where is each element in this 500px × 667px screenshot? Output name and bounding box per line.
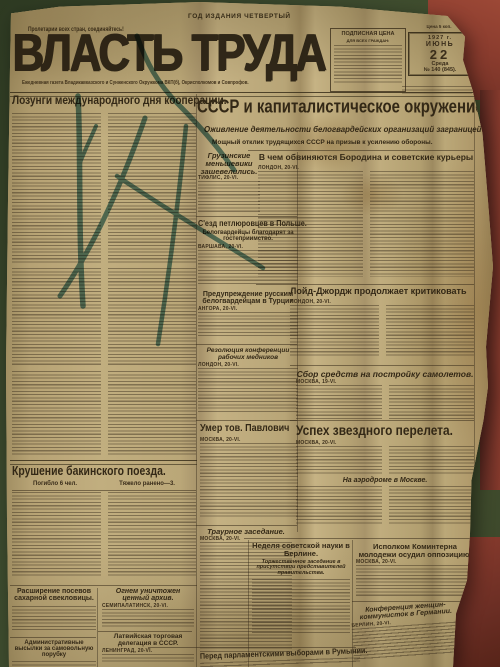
article-star-flight: Успех звездного перелета. МОСКВА, 20-VI.… [296, 424, 474, 524]
section-rule [98, 631, 192, 632]
body-text-texture [389, 385, 475, 419]
article-ussr-deck: Оживление деятельности белогвардейских о… [204, 126, 481, 134]
article-women-communists: Конференция женщин-коммунисток в Германи… [350, 600, 463, 660]
section-rule [290, 420, 474, 421]
deck: Торжественное заседание в присутствии пр… [252, 560, 350, 577]
headline: Огнем уничтожен ценный архив. [102, 588, 194, 603]
masthead-edition-line: ГОД ИЗДАНИЯ ЧЕТВЕРТЫЙ [188, 13, 291, 20]
section-rule [196, 420, 297, 421]
subscription-box-title: ПОДПИСНАЯ ЦЕНА [334, 31, 402, 37]
body-text-texture [296, 446, 382, 474]
body-text-texture [12, 492, 101, 576]
headline: Успех звездного перелета. [296, 424, 453, 438]
body-text-texture [12, 268, 101, 366]
article-coppersmiths-resolution: Резолюция конференции рабочих медников Л… [198, 348, 298, 414]
body-text-texture [389, 486, 475, 524]
section-rule [10, 585, 197, 586]
body-text-texture [386, 305, 475, 357]
issue-number: № 140 (845). [409, 67, 471, 73]
headline: Сбор средств на постройку самолетов. [296, 370, 474, 379]
headline: Расширение посевов сахарной свекловицы. [12, 588, 96, 603]
article-ussr-headline: СССР и капиталистическое окружение. [197, 97, 488, 116]
article-baku-train-wreck: Крушение бакинского поезда. Погибло 6 че… [12, 464, 196, 576]
article-latvian-delegation: Латвийская торговая делегация в СССР. ЛЕ… [102, 634, 194, 662]
body-text-texture [290, 305, 379, 357]
deck: Погибло 6 чел. [33, 481, 77, 487]
headline: Предупреждение русским белогвардейцам в … [198, 291, 298, 306]
column-rule [97, 588, 98, 667]
headline: Лозунги международного дня кооперации. [12, 96, 174, 108]
deck: Белогвардейцы благодарят за гостеприимст… [198, 230, 298, 242]
article-georgian-mensheviks: Грузинские меньшевики зашевелились. ТИФЛ… [198, 152, 260, 213]
body-text-texture [12, 113, 101, 263]
body-text-texture [296, 385, 382, 419]
body-text-texture [12, 661, 96, 667]
price-note: Цена 5 коп. [408, 24, 470, 29]
article-petliura-congress: С'езд петлюровцев в Польше. Белогвардейц… [198, 219, 298, 286]
body-text-texture [296, 486, 382, 524]
body-text-texture [102, 609, 194, 627]
body-text-texture [12, 606, 96, 632]
headline: Неделя советской науки в Берлине. [252, 542, 350, 558]
body-text-texture [198, 368, 298, 414]
article-pavlovich-died: Умер тов. Павлович МОСКВА, 20-VI. [200, 424, 298, 517]
body-text-texture [252, 579, 350, 635]
headline: Административные высылки за самовольную … [12, 640, 96, 659]
body-text-texture [102, 654, 194, 662]
body-text-texture [356, 565, 474, 597]
headline: Резолюция конференции рабочих медников [198, 348, 298, 362]
newspaper-title: ВЛАСТЬ ТРУДА [12, 22, 324, 82]
headline: Латвийская торговая делегация в СССР. [102, 634, 194, 648]
body-text-texture [370, 171, 475, 277]
article-airplane-fund: Сбор средств на постройку самолетов. МОС… [296, 370, 474, 419]
article-coop-slogans: Лозунги международного дня кооперации. [12, 96, 196, 457]
body-text-texture [108, 113, 197, 263]
headline: Исполком Коминтерна молодежи осудил оппо… [356, 543, 474, 559]
body-text-texture [108, 371, 197, 457]
article-archive-fire: Огнем уничтожен ценный архив. СЕМИПАЛАТИ… [102, 588, 194, 627]
deck: Тяжело ранено—3. [119, 481, 175, 487]
date-day: 22 [409, 48, 471, 61]
headline: С'езд петлюровцев в Польше. [198, 219, 283, 228]
body-text-texture [12, 371, 101, 457]
article-sugar-beet-sowing: Расширение посевов сахарной свекловицы. [12, 588, 96, 632]
subhead: На аэродроме в Москве. [296, 477, 474, 484]
article-administrative-exile: Административные высылки за самовольную … [12, 640, 96, 667]
article-ussr-deck2: Мощный отклик трудящихся СССР на призыв … [212, 140, 433, 147]
headline: Траурное заседание. [200, 528, 292, 536]
article-soviet-science-week: Неделя советской науки в Берлине. Торжес… [252, 542, 350, 635]
headline: Умер тов. Павлович [200, 424, 288, 434]
subscription-price-box: ПОДПИСНАЯ ЦЕНА ДЛЯ ВСЕХ ГРАЖДАН: [330, 28, 406, 92]
body-text-texture [389, 446, 475, 474]
body-text-texture [200, 443, 298, 517]
masthead-subtitle: Ежедневная газета Владикавказского и Сун… [22, 80, 249, 86]
article-komintern-youth: Исполком Коминтерна молодежи осудил оппо… [356, 543, 474, 597]
body-text-texture [108, 492, 197, 576]
body-text-texture [352, 621, 464, 661]
headline: Крушение бакинского поезда. [12, 464, 159, 478]
body-text-texture [198, 181, 260, 213]
headline: Лойд-Джордж продолжает критиковать [290, 287, 465, 297]
headline: Грузинские меньшевики зашевелились. [198, 152, 260, 175]
article-lloyd-george: Лойд-Джордж продолжает критиковать ЛОНДО… [290, 287, 474, 357]
date-box: 1927 г. ИЮНЬ 22 Среда № 140 (845). [408, 32, 472, 76]
column-rule [196, 94, 197, 667]
section-rule [290, 365, 474, 366]
photo-of-newspaper: Пролетарии всех стран, соединяйтесь! ГОД… [0, 0, 500, 667]
subscription-box-subtitle: ДЛЯ ВСЕХ ГРАЖДАН: [334, 38, 402, 43]
section-rule [248, 150, 474, 151]
headline: В чем обвиняются Бородина и советские ку… [258, 153, 474, 162]
section-rule [196, 525, 297, 526]
column-rule [474, 96, 475, 626]
article-warning-turkey: Предупреждение русским белогвардейцам в … [198, 291, 298, 336]
section-rule [10, 637, 96, 638]
body-text-texture [198, 250, 298, 286]
body-text-texture [198, 312, 298, 336]
body-text-texture [108, 268, 197, 366]
subscription-rates-texture [334, 45, 402, 83]
section-rule [196, 344, 297, 345]
newspaper-front-page: Пролетарии всех стран, соединяйтесь! ГОД… [0, 0, 500, 667]
